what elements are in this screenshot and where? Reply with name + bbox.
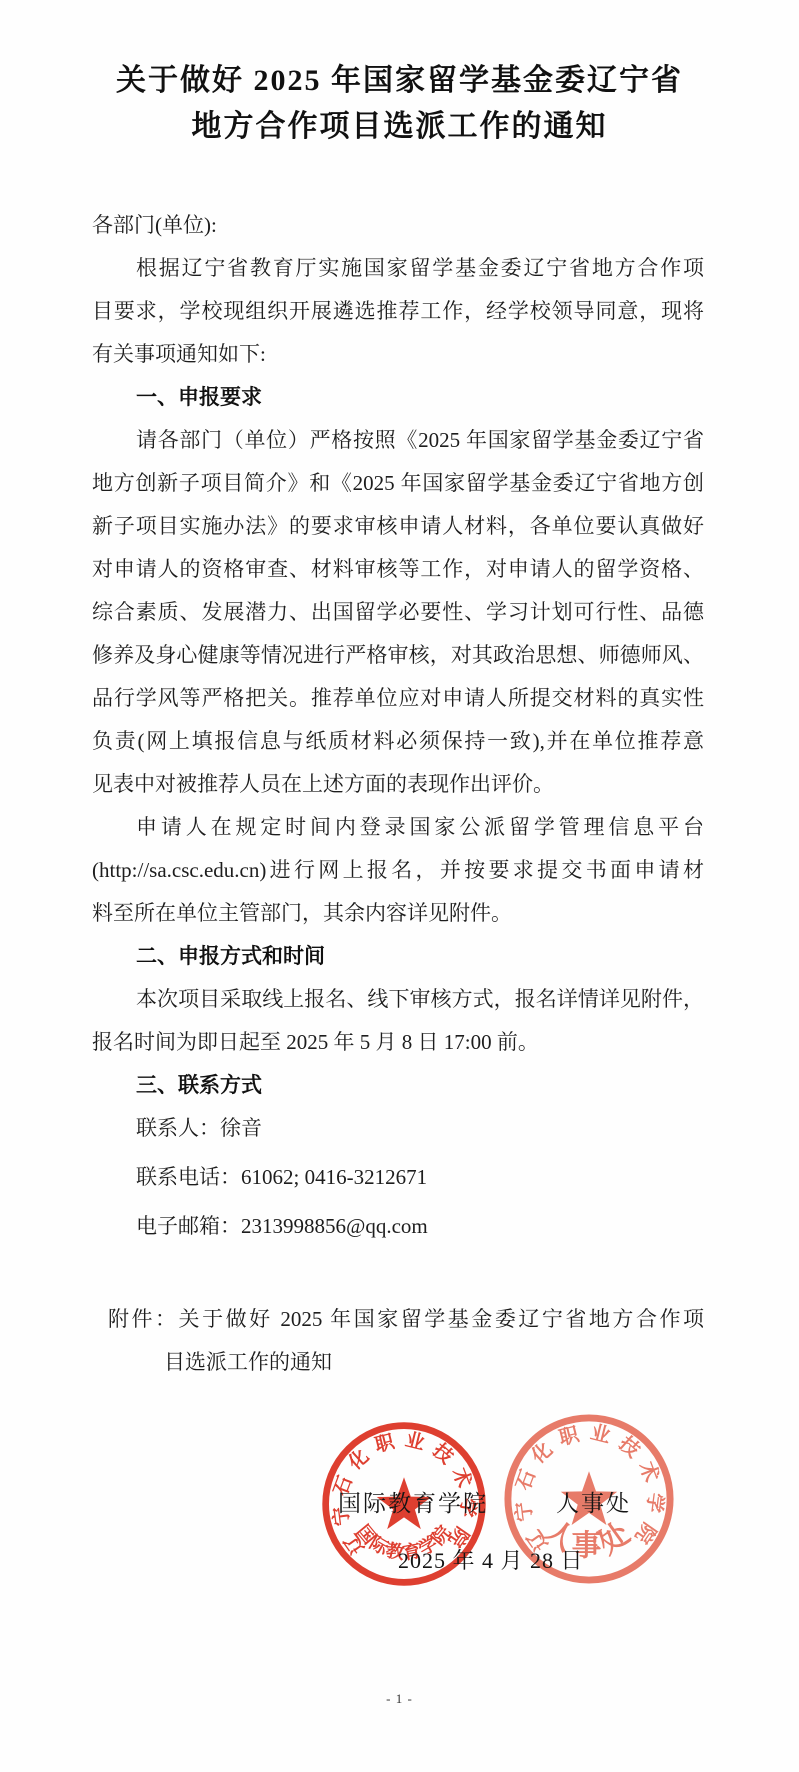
body-line: 对申请人的资格审查、材料审核等工作，对申请人的留学资格、 — [92, 548, 704, 591]
body-line: 品行学风等严格把关。推荐单位应对申请人所提交材料的真实性 — [92, 677, 704, 720]
body-line: 申请人在规定时间内登录国家公派留学管理信息平台 — [92, 806, 704, 849]
doc-body: 各部门(单位): 根据辽宁省教育厅实施国家留学基金委辽宁省地方合作项 目要求，学… — [92, 204, 704, 1248]
attachment-block: 附件：关于做好 2025 年国家留学基金委辽宁省地方合作项 目选派工作的通知 — [92, 1298, 704, 1384]
doc-title: 关于做好 2025 年国家留学基金委辽宁省 地方合作项目选派工作的通知 — [0, 0, 799, 150]
document-page: 关于做好 2025 年国家留学基金委辽宁省 地方合作项目选派工作的通知 各部门(… — [0, 0, 799, 1772]
signing-unit-left: 国际教育学院 — [338, 1490, 488, 1518]
body-line: 料至所在单位主管部门，其余内容详见附件。 — [92, 892, 704, 935]
signature-date: 2025 年 4 月 28 日 — [398, 1548, 584, 1574]
body-line: 报名时间为即日起至 2025 年 5 月 8 日 17:00 前。 — [92, 1021, 704, 1064]
body-line: 有关事项通知如下: — [92, 333, 704, 376]
attachment-line2: 目选派工作的通知 — [92, 1341, 704, 1384]
signing-unit-right: 人事处 — [556, 1490, 631, 1518]
section-heading-3: 三、联系方式 — [92, 1064, 704, 1107]
page-number: - 1 - — [0, 1691, 799, 1707]
seal-area: 辽宁石化职业技术学院 国际教育学院 辽宁石化职业技术学院 人事处 国际教育学院 … — [0, 1384, 799, 1772]
body-line: 地方创新子项目简介》和《2025 年国家留学基金委辽宁省地方创 — [92, 462, 704, 505]
body-line: 根据辽宁省教育厅实施国家留学基金委辽宁省地方合作项 — [92, 247, 704, 290]
contact-person-line: 联系人：徐音 — [92, 1107, 704, 1150]
doc-title-line1: 关于做好 2025 年国家留学基金委辽宁省 — [0, 58, 799, 104]
section-heading-2: 二、申报方式和时间 — [92, 935, 704, 978]
body-line: 负责(网上填报信息与纸质材料必须保持一致),并在单位推荐意 — [92, 720, 704, 763]
body-line: 新子项目实施办法》的要求审核申请人材料，各单位要认真做好 — [92, 505, 704, 548]
contact-email-line: 电子邮箱：2313998856@qq.com — [92, 1205, 704, 1248]
section-heading-1: 一、申报要求 — [92, 376, 704, 419]
body-line: 综合素质、发展潜力、出国留学必要性、学习计划可行性、品德 — [92, 591, 704, 634]
attachment-line1: 附件：关于做好 2025 年国家留学基金委辽宁省地方合作项 — [92, 1298, 704, 1341]
body-line: (http://sa.csc.edu.cn)进行网上报名，并按要求提交书面申请材 — [92, 849, 704, 892]
salutation: 各部门(单位): — [92, 204, 704, 247]
body-line: 本次项目采取线上报名、线下审核方式，报名详情详见附件， — [92, 978, 704, 1021]
body-line: 修养及身心健康等情况进行严格审核，对其政治思想、师德师风、 — [92, 634, 704, 677]
doc-title-line2: 地方合作项目选派工作的通知 — [0, 104, 799, 150]
body-line: 目要求，学校现组织开展遴选推荐工作，经学校领导同意，现将 — [92, 290, 704, 333]
contact-phone-line: 联系电话：61062; 0416-3212671 — [92, 1156, 704, 1199]
body-line: 见表中对被推荐人员在上述方面的表现作出评价。 — [92, 763, 704, 806]
body-line: 请各部门（单位）严格按照《2025 年国家留学基金委辽宁省 — [92, 419, 704, 462]
